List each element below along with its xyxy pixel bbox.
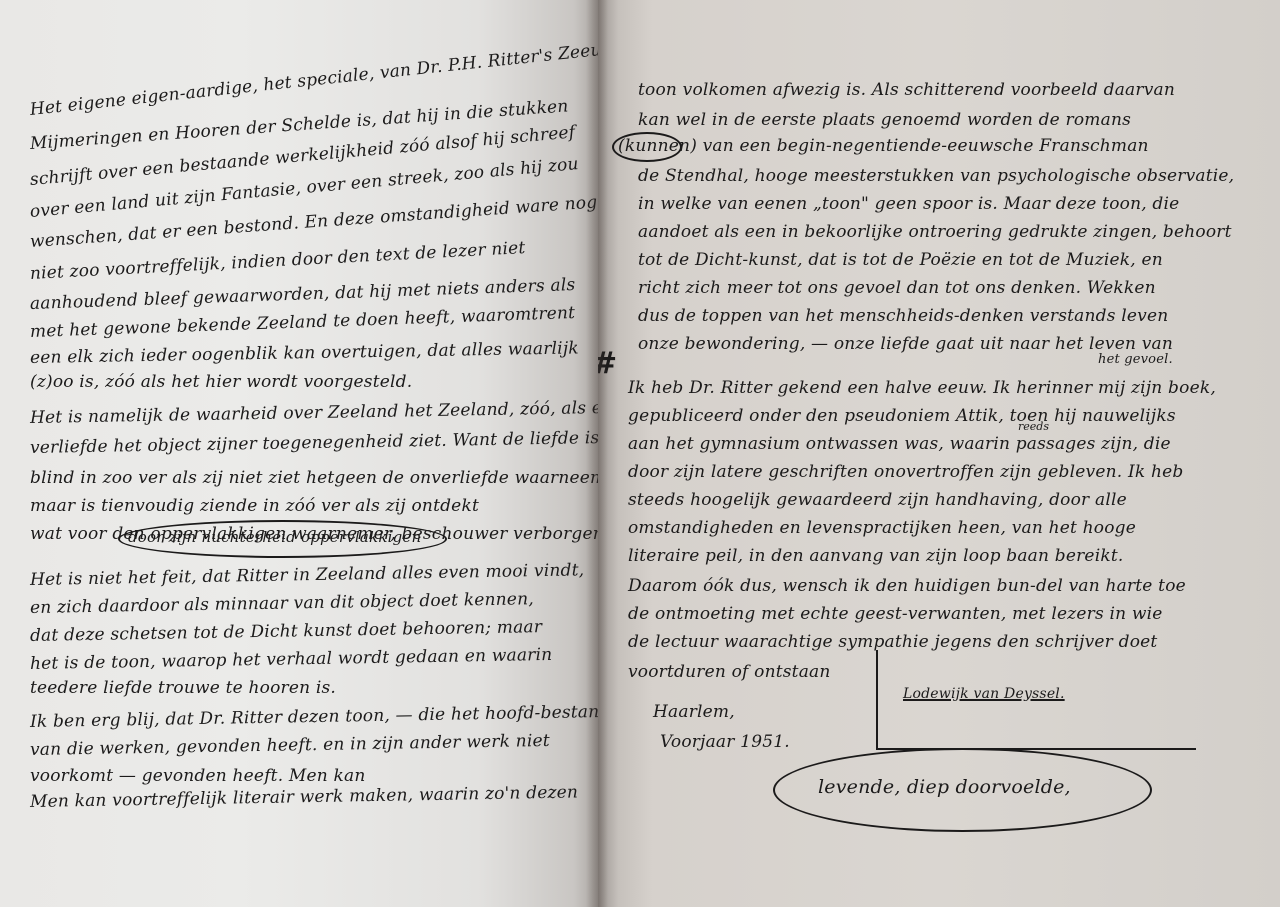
right-page: toon volkomen afwezig is. Als schitteren… bbox=[598, 0, 1280, 907]
text-line: steeds hoogelijk gewaardeerd zijn handha… bbox=[628, 490, 1127, 510]
text-line: kan wel in de eerste plaats genoemd word… bbox=[638, 110, 1131, 130]
text-line: de lectuur waarachtige sympathie jegens … bbox=[628, 632, 1157, 652]
circled-insertion-text: door zijn nuchterheid oppervlakkigen bbox=[128, 528, 421, 546]
text-line: maar is tienvoudig ziende in zóó ver als… bbox=[30, 496, 479, 516]
text-line: omstandigheden en levenspractijken heen,… bbox=[628, 518, 1136, 538]
text-line: Het is namelijk de waarheid over Zeeland… bbox=[30, 398, 598, 428]
text-line: Ik heb Dr. Ritter gekend een halve eeuw.… bbox=[628, 378, 1216, 398]
text-line: blind in zoo ver als zij niet ziet hetge… bbox=[30, 468, 598, 488]
signature: Lodewijk van Deyssel. bbox=[903, 686, 1065, 702]
text-line: Het is niet het feit, dat Ritter in Zeel… bbox=[30, 560, 585, 590]
text-line: het gevoel. bbox=[1098, 352, 1173, 367]
text-line: aandoet als een in bekoorlijke ontroerin… bbox=[638, 222, 1232, 242]
text-line: richt zich meer tot ons gevoel dan tot o… bbox=[638, 278, 1156, 298]
text-line: Daarom óók dus, wensch ik den huidigen b… bbox=[628, 576, 1186, 596]
text-line: gepubliceerd onder den pseudoniem Attik,… bbox=[628, 406, 1176, 426]
text-line: literaire peil, in den aanvang van zijn … bbox=[628, 546, 1123, 566]
text-line: verliefde het object zijner toegenegenhe… bbox=[30, 428, 598, 458]
text-line: door zijn latere geschriften onovertroff… bbox=[628, 462, 1183, 482]
date-text: Voorjaar 1951. bbox=[660, 732, 790, 752]
text-line: Men kan voortreffelijk literair werk mak… bbox=[30, 782, 578, 812]
circled-insertion-text: levende, diep doorvoelde, bbox=[818, 776, 1071, 798]
text-line: teedere liefde trouwe te hooren is. bbox=[30, 678, 336, 698]
text-line: tot de Dicht-kunst, dat is tot de Poëzie… bbox=[638, 250, 1163, 270]
text-line: dus de toppen van het menschheids-denken… bbox=[638, 306, 1168, 326]
text-line: de Stendhal, hooge meesterstukken van ps… bbox=[638, 166, 1234, 186]
text-line: toon volkomen afwezig is. Als schitteren… bbox=[638, 80, 1175, 100]
text-line: dat deze schetsen tot de Dicht kunst doe… bbox=[30, 617, 542, 646]
text-line: aan het gymnasium ontwassen was, waarin … bbox=[628, 434, 1171, 454]
text-line: de ontmoeting met echte geest-verwanten,… bbox=[628, 604, 1163, 624]
section-mark-icon: # bbox=[598, 346, 617, 381]
text-line: in welke van eenen „toon" geen spoor is.… bbox=[638, 194, 1179, 214]
text-line: onze bewondering, — onze liefde gaat uit… bbox=[638, 334, 1173, 354]
text-line: en zich daardoor als minnaar van dit obj… bbox=[30, 589, 534, 618]
insertion-line bbox=[876, 650, 878, 748]
text-line: (z)oo is, zóó als het hier wordt voorges… bbox=[30, 372, 412, 392]
open-book-spread: Het eigene eigen-aardige, het speciale, … bbox=[0, 0, 1280, 907]
left-page: Het eigene eigen-aardige, het speciale, … bbox=[0, 0, 598, 907]
text-line: Ik ben erg blij, dat Dr. Ritter dezen to… bbox=[30, 701, 598, 732]
text-line: (kunnen) van een begin-negentiende-eeuws… bbox=[618, 136, 1149, 156]
text-line: het is de toon, waarop het verhaal wordt… bbox=[30, 645, 553, 674]
text-line: een elk zich ieder oogenblik kan overtui… bbox=[30, 338, 579, 368]
text-line: voorkomt — gevonden heeft. Men kan bbox=[30, 766, 366, 786]
place-text: Haarlem, bbox=[653, 702, 735, 722]
text-line: voortduren of ontstaan bbox=[628, 662, 831, 682]
text-line: van die werken, gevonden heeft. en in zi… bbox=[30, 731, 550, 760]
